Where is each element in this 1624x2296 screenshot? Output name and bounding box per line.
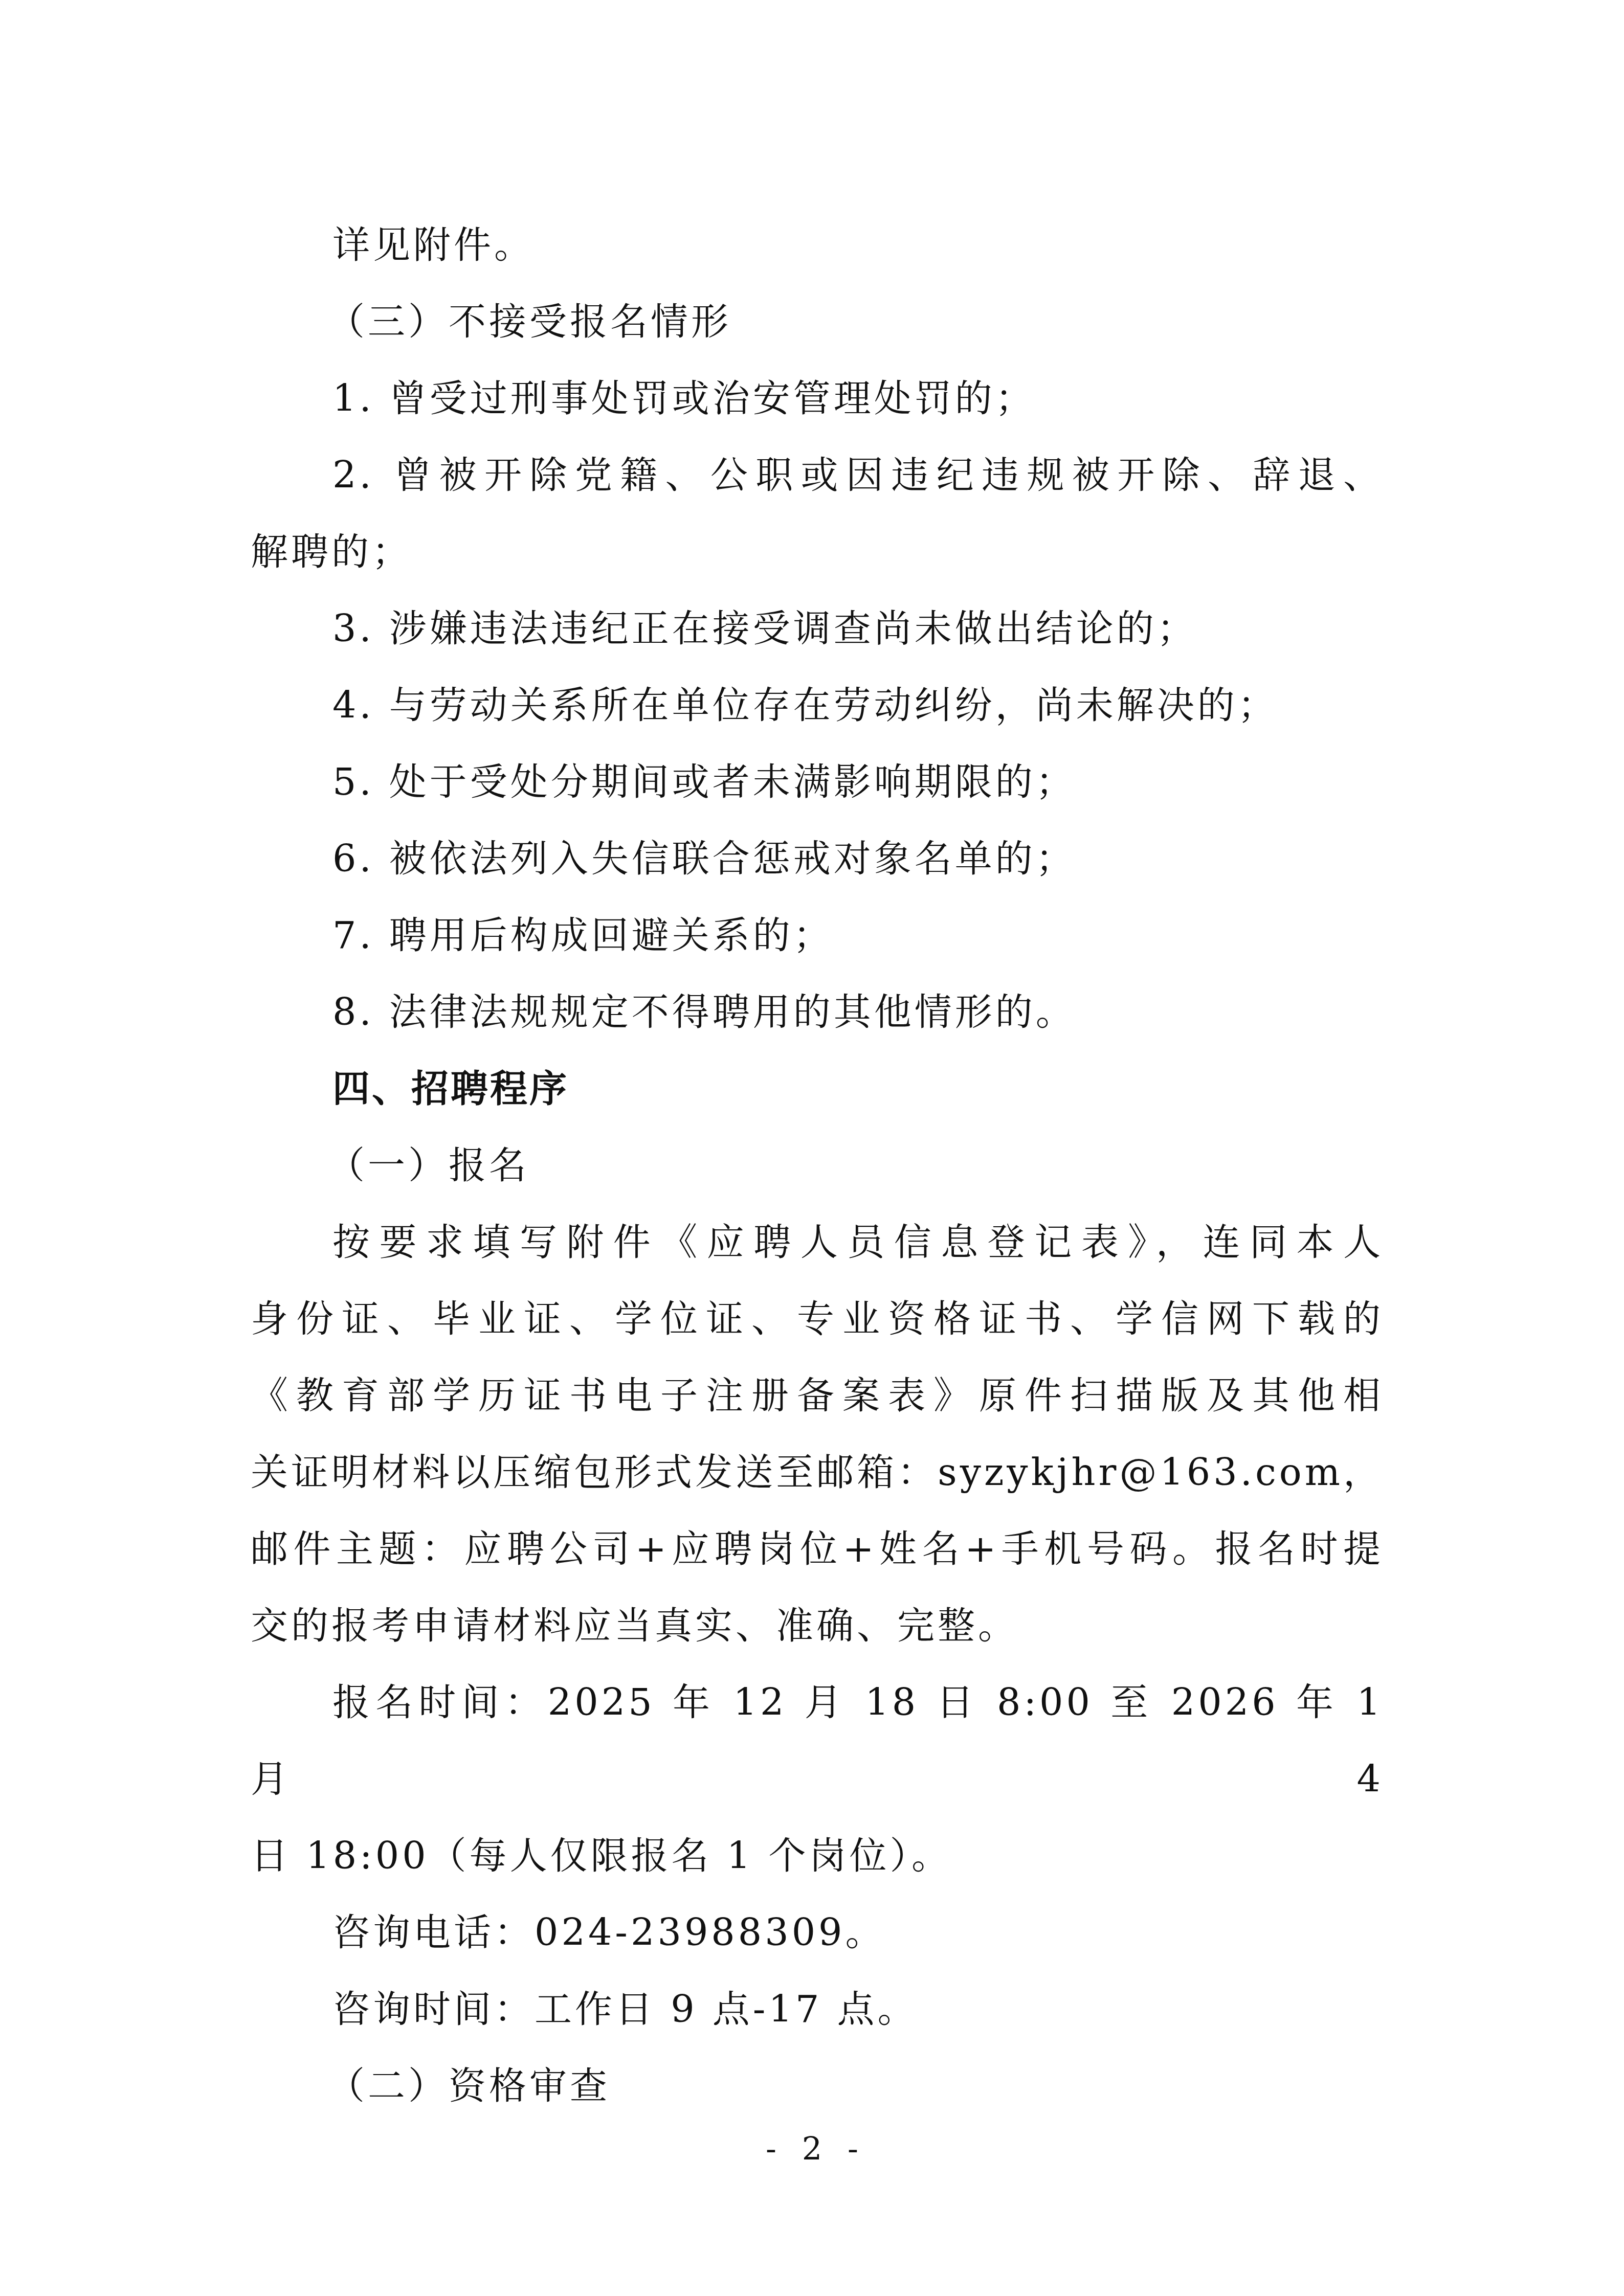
registration-time: 报名时间：2025 年 12 月 18 日 8:00 至 2026 年 1 月 …: [251, 1664, 1384, 1818]
list-item: 7. 聘用后构成回避关系的；: [251, 897, 1384, 974]
section-heading-recruitment-procedure: 四、招聘程序: [251, 1051, 1384, 1128]
list-item-continuation: 解聘的；: [251, 514, 1384, 591]
body-text: 《教育部学历证书电子注册备案表》原件扫描版及其他相: [251, 1358, 1384, 1434]
page-number: - 2 -: [0, 2130, 1624, 2167]
list-item: 1. 曾受过刑事处罚或治安管理处罚的；: [251, 361, 1384, 437]
body-text: 按要求填写附件《应聘人员信息登记表》，连同本人: [251, 1204, 1384, 1281]
body-text-email: 关证明材料以压缩包形式发送至邮箱：syzykjhr@163.com，: [251, 1434, 1384, 1511]
list-item: 3. 涉嫌违法违纪正在接受调查尚未做出结论的；: [251, 591, 1384, 667]
body-text: 详见附件。: [251, 207, 1384, 284]
list-item: 6. 被依法列入失信联合惩戒对象名单的；: [251, 821, 1384, 897]
subheading-qualification-review: （二）资格审查: [251, 2048, 1384, 2125]
list-item: 5. 处于受处分期间或者未满影响期限的；: [251, 744, 1384, 821]
body-text: 邮件主题：应聘公司+应聘岗位+姓名+手机号码。报名时提: [251, 1511, 1384, 1588]
list-item: 2. 曾被开除党籍、公职或因违纪违规被开除、辞退、: [251, 437, 1384, 514]
body-text: 身份证、毕业证、学位证、专业资格证书、学信网下载的: [251, 1281, 1384, 1358]
consultation-hours: 咨询时间：工作日 9 点-17 点。: [251, 1971, 1384, 2048]
consultation-phone: 咨询电话：024-23988309。: [251, 1895, 1384, 1971]
body-text: 交的报考申请材料应当真实、准确、完整。: [251, 1588, 1384, 1664]
list-item: 8. 法律法规规定不得聘用的其他情形的。: [251, 974, 1384, 1051]
document-page: 详见附件。 （三）不接受报名情形 1. 曾受过刑事处罚或治安管理处罚的； 2. …: [251, 207, 1384, 2125]
list-item: 4. 与劳动关系所在单位存在劳动纠纷，尚未解决的；: [251, 667, 1384, 744]
subheading-not-accepted: （三）不接受报名情形: [251, 284, 1384, 361]
registration-time-continuation: 日 18:00（每人仅限报名 1 个岗位）。: [251, 1818, 1384, 1895]
subheading-registration: （一）报名: [251, 1128, 1384, 1204]
